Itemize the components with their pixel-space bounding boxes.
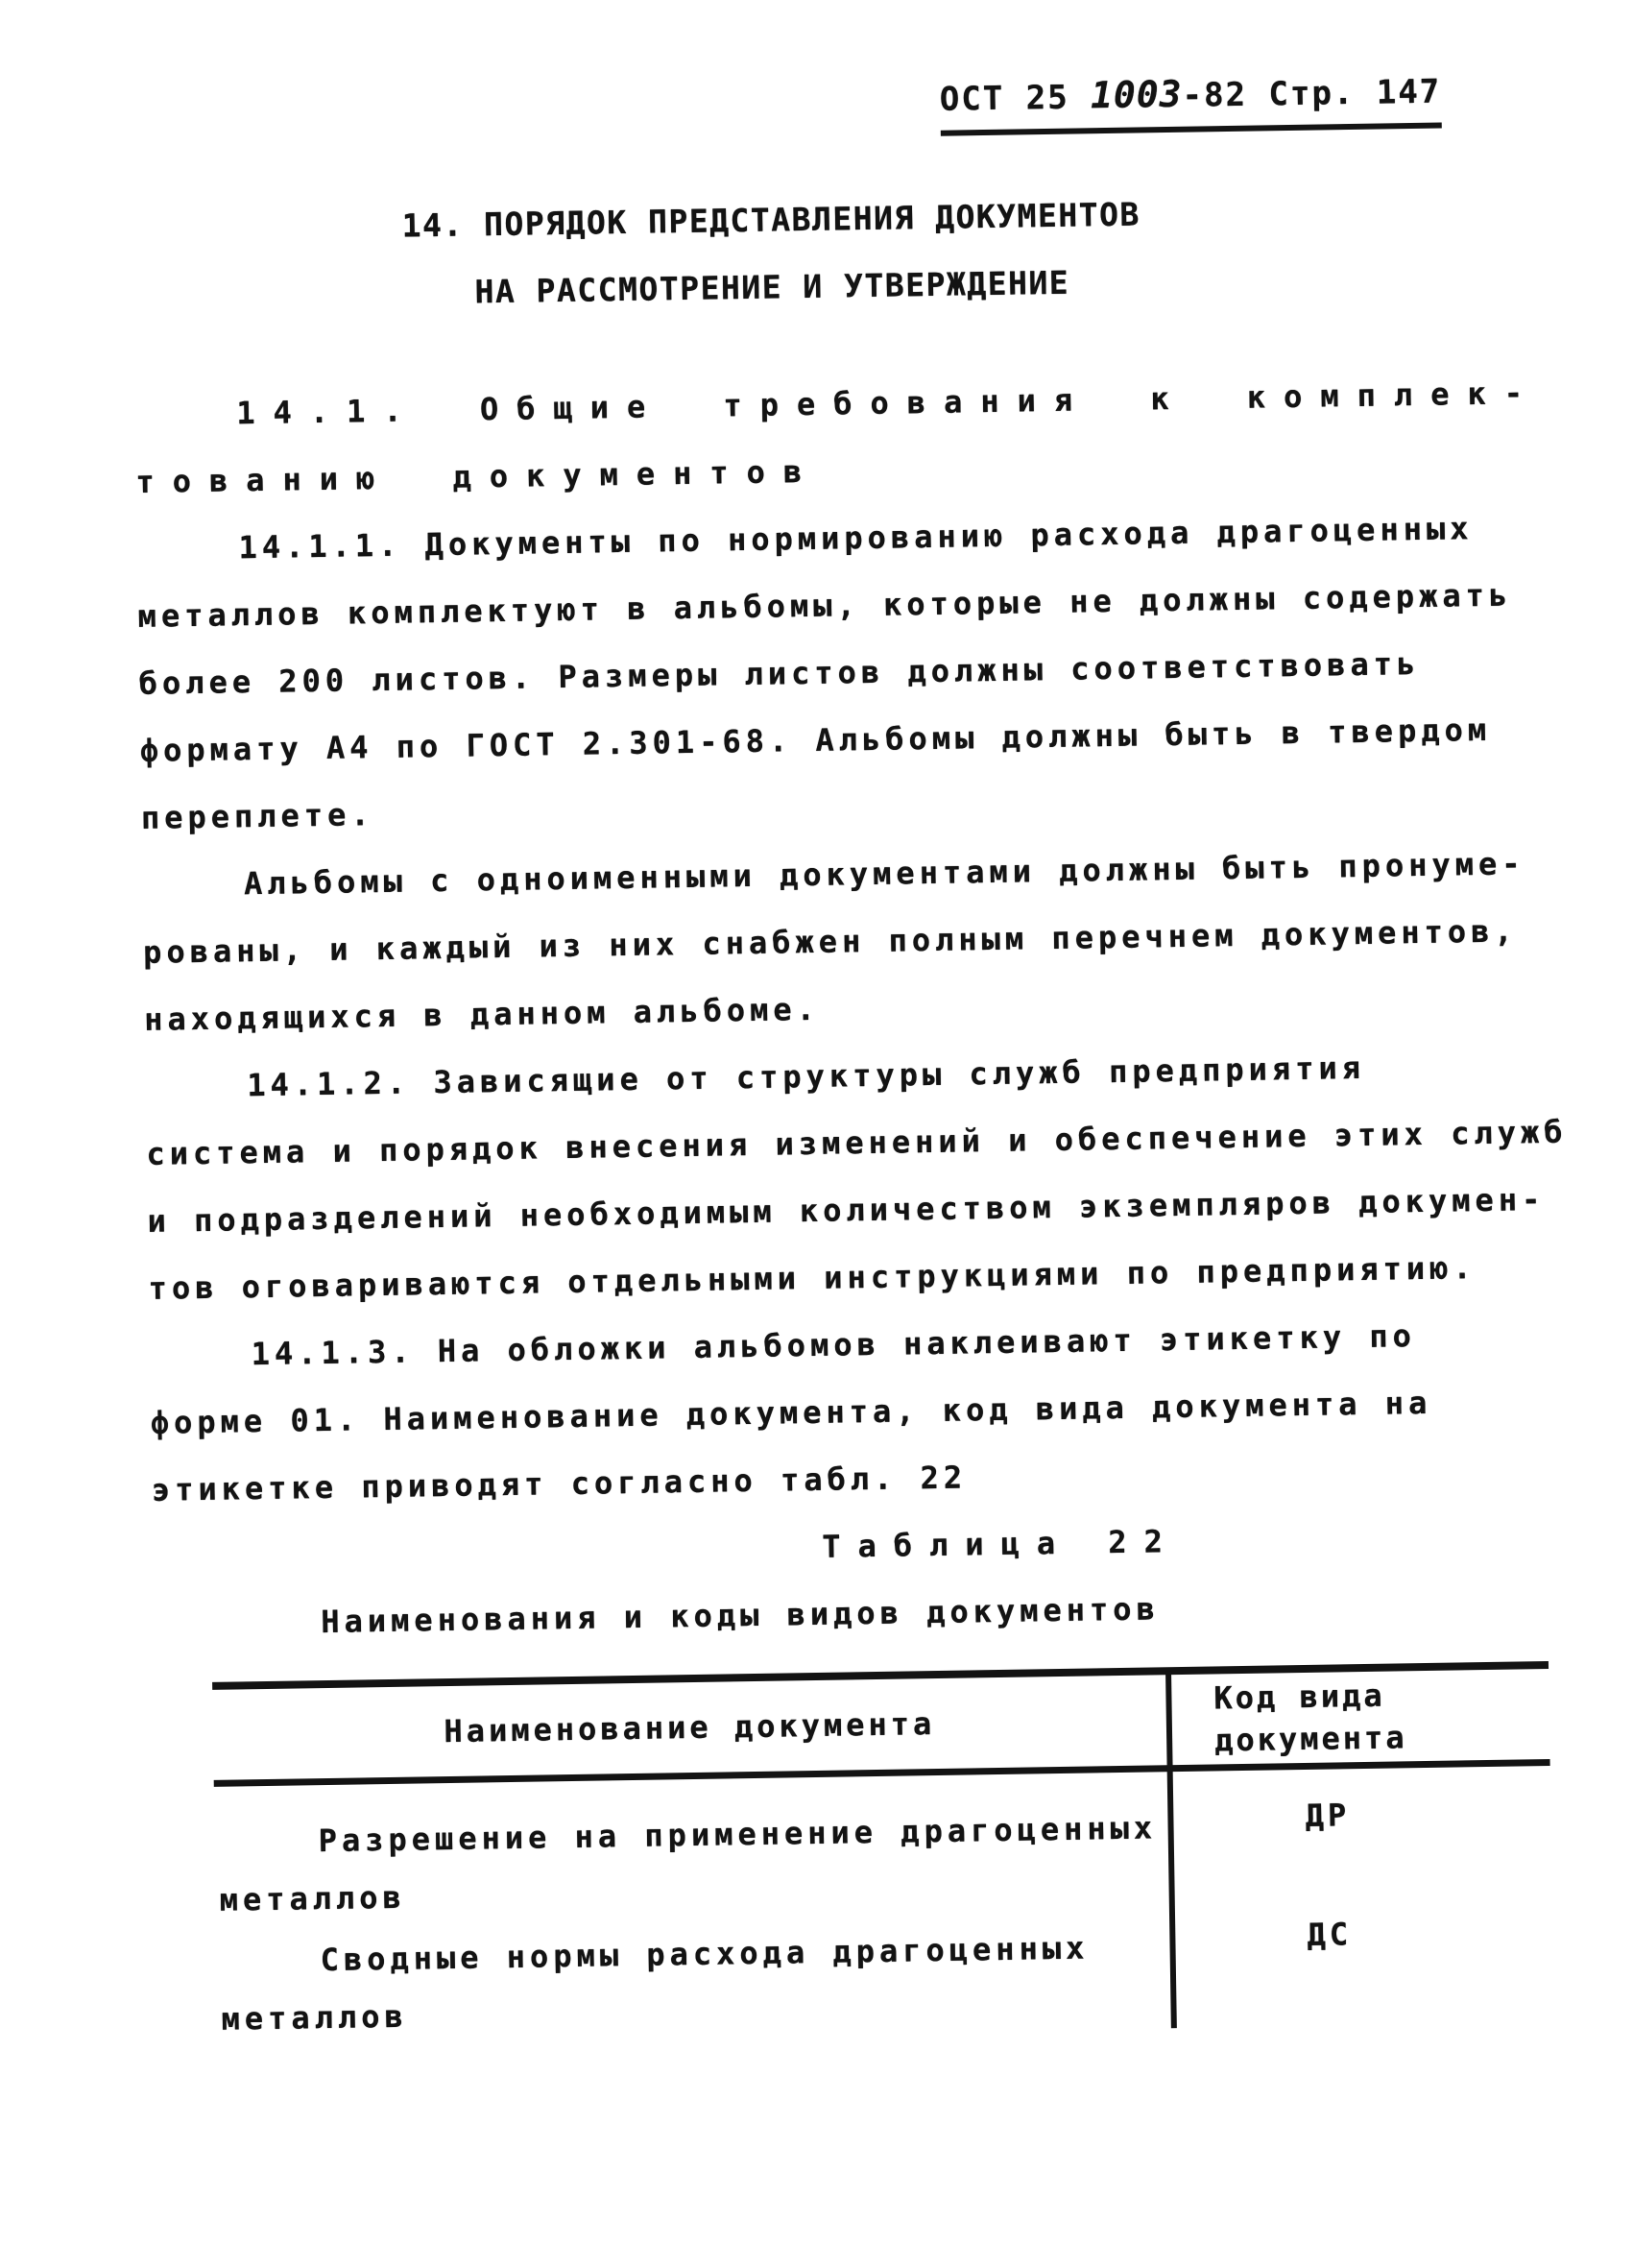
paragraph-14-1-3: 14.1.3. На обложки альбомов наклеивают э… xyxy=(149,1300,1555,1524)
cell-document-code: ДР xyxy=(1167,1783,1552,1914)
standard-designation: ОСТ 25 xyxy=(940,78,1092,118)
document-codes-table: Наименование документа Код вида документ… xyxy=(212,1661,1554,2048)
table-body: Разрешение на применение драгоценных мет… xyxy=(214,1766,1554,2048)
cell-document-code: ДС xyxy=(1169,1902,1554,2033)
paragraph-14-1-2: 14.1.2. Зависящие от структуры служб пре… xyxy=(145,1031,1552,1322)
page-number: -82 Стр. 147 xyxy=(1182,73,1441,115)
column-header-document-code: Код вида документа xyxy=(1165,1672,1549,1762)
cell-document-name: Разрешение на применение драгоценных мет… xyxy=(214,1798,1169,1929)
cell-document-name: Сводные нормы расхода драгоценных металл… xyxy=(216,1918,1171,2048)
table-row: Сводные нормы расхода драгоценных металл… xyxy=(216,1912,1554,2048)
column-header-code-line1: Код вида xyxy=(1213,1672,1549,1719)
column-header-document-name: Наименование документа xyxy=(213,1701,1166,1753)
scanned-document-page: ОСТ 25 1003-82 Стр. 147 14. ПОРЯДОК ПРЕД… xyxy=(0,0,1633,2268)
page-content: ОСТ 25 1003-82 Стр. 147 14. ПОРЯДОК ПРЕД… xyxy=(130,66,1564,2049)
paragraph-14-1-1: 14.1.1. Документы по нормированию расход… xyxy=(136,494,1545,852)
header-underlined-text: ОСТ 25 1003-82 Стр. 147 xyxy=(939,68,1441,136)
paragraph-albums: Альбомы с одноименными документами должн… xyxy=(141,830,1548,1053)
standard-number-handwritten: 1003 xyxy=(1091,73,1183,116)
column-header-code-line2: документа xyxy=(1214,1714,1550,1761)
page-header: ОСТ 25 1003-82 Стр. 147 xyxy=(130,66,1534,149)
